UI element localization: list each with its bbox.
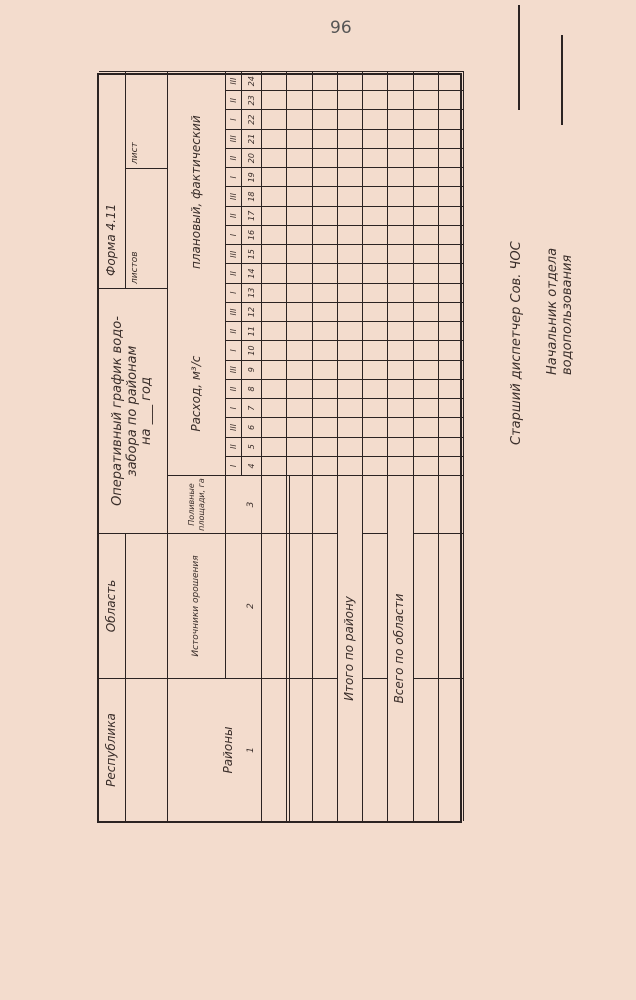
table-cell-flow [363, 225, 388, 244]
area-label: Поливные площади, га [187, 476, 205, 533]
table-cell-flow [262, 90, 287, 109]
table-cell-flow [287, 186, 312, 205]
table-cell-flow [388, 244, 413, 263]
table-cell-flow [363, 148, 388, 167]
table-cell-flow [439, 244, 464, 263]
decade-roman: I [226, 109, 242, 128]
table-cell-flow [439, 360, 464, 379]
table-cell-flow [388, 109, 413, 128]
table-cell-flow [363, 302, 388, 321]
table-cell-flow [338, 148, 363, 167]
table-cell-flow [313, 437, 338, 456]
table-cell-flow [313, 379, 338, 398]
table-cell-flow [287, 71, 312, 90]
table-cell-flow [313, 206, 338, 225]
table-cell-flow [388, 321, 413, 340]
table-cell-flow [439, 340, 464, 359]
head-signature-label-1: Начальник отдела [545, 248, 560, 375]
decade-number: 23 [242, 90, 262, 109]
table-row-area [313, 475, 338, 533]
table-cell-flow [439, 302, 464, 321]
table-cell-flow [439, 206, 464, 225]
decade-number: 21 [242, 129, 262, 148]
table-cell-flow [439, 417, 464, 436]
decade-roman: II [226, 148, 242, 167]
decade-roman: I [226, 340, 242, 359]
table-cell-flow [363, 283, 388, 302]
form-number-cell: Форма 4.11 [99, 71, 126, 288]
table-cell-flow [414, 263, 439, 282]
table-cell-flow [287, 340, 312, 359]
table-cell-flow [439, 437, 464, 456]
table-cell-flow [313, 302, 338, 321]
table-cell-flow [363, 321, 388, 340]
table-cell-flow [363, 340, 388, 359]
table-cell-flow [313, 225, 338, 244]
table-cell-flow [414, 379, 439, 398]
table-cell-flow [414, 417, 439, 436]
decade-roman: I [226, 283, 242, 302]
table-cell-flow [287, 90, 312, 109]
table-cell-flow [262, 71, 287, 90]
table-cell-flow [363, 263, 388, 282]
table-cell-flow [363, 398, 388, 417]
table-cell-flow [338, 71, 363, 90]
decade-number: 7 [242, 398, 262, 417]
table-cell-flow [338, 225, 363, 244]
table-row-area [439, 475, 464, 533]
table-cell-flow [338, 340, 363, 359]
table-cell-flow [388, 340, 413, 359]
table-cell-flow [262, 398, 287, 417]
region-label: Область [105, 580, 119, 633]
decade-number: 22 [242, 109, 262, 128]
decade-number: 16 [242, 225, 262, 244]
decade-roman: III [226, 186, 242, 205]
sources-header: Источники орошения [168, 533, 226, 678]
table-cell-flow [338, 417, 363, 436]
decade-roman: III [226, 417, 242, 436]
table-cell-flow [262, 321, 287, 340]
table-row-district [363, 678, 388, 821]
table-cell-flow [262, 379, 287, 398]
table-row-source [262, 533, 287, 678]
table-cell-flow [313, 148, 338, 167]
table-cell-flow [414, 244, 439, 263]
table-cell-flow [439, 456, 464, 475]
table-cell-flow [338, 398, 363, 417]
table-cell-flow [439, 283, 464, 302]
table-row-district [439, 678, 464, 821]
table-row-source [414, 533, 439, 678]
total-region-row: Всего по области [388, 475, 413, 821]
table-cell-flow [287, 225, 312, 244]
table-cell-flow [313, 167, 338, 186]
table-cell-flow [363, 186, 388, 205]
head-signature-line[interactable] [561, 35, 563, 125]
table-cell-flow [313, 340, 338, 359]
table-cell-flow [363, 417, 388, 436]
decade-number: 14 [242, 263, 262, 282]
table-cell-flow [388, 90, 413, 109]
table-cell-flow [287, 360, 312, 379]
table-cell-flow [313, 417, 338, 436]
table-cell-flow [338, 456, 363, 475]
table-cell-flow [287, 456, 312, 475]
table-cell-flow [287, 398, 312, 417]
table-cell-flow [414, 225, 439, 244]
table-cell-flow [363, 71, 388, 90]
table-row-district [262, 678, 287, 821]
decade-roman: II [226, 379, 242, 398]
table-cell-flow [287, 437, 312, 456]
table-cell-flow [414, 71, 439, 90]
table-cell-flow [338, 167, 363, 186]
table-row-district [287, 678, 312, 821]
table-cell-flow [439, 129, 464, 148]
table-cell-flow [287, 244, 312, 263]
table-cell-flow [287, 148, 312, 167]
table-cell-flow [287, 167, 312, 186]
table-cell-flow [313, 360, 338, 379]
sheet-label: лист [130, 142, 140, 164]
decade-roman: II [226, 90, 242, 109]
decade-number: 17 [242, 206, 262, 225]
table-cell-flow [338, 321, 363, 340]
region-value-cell [126, 533, 168, 678]
decade-number: 6 [242, 417, 262, 436]
decade-number: 24 [242, 71, 262, 90]
table-cell-flow [414, 398, 439, 417]
form-title: Оперативный график водо- забора по район… [99, 288, 168, 533]
table-cell-flow [388, 263, 413, 282]
water-intake-schedule-form: Республика Область Оперативный график во… [97, 73, 462, 823]
table-cell-flow [313, 244, 338, 263]
decade-number: 18 [242, 186, 262, 205]
table-cell-flow [313, 90, 338, 109]
decade-roman: II [226, 206, 242, 225]
table-row-area [262, 475, 287, 533]
table-cell-flow [287, 417, 312, 436]
table-cell-flow [338, 129, 363, 148]
decade-roman: I [226, 167, 242, 186]
table-cell-flow [439, 109, 464, 128]
table-cell-flow [262, 186, 287, 205]
decade-number: 4 [242, 456, 262, 475]
flow-types-label: плановый, фактический [190, 115, 204, 269]
decade-number: 11 [242, 321, 262, 340]
table-row-source [439, 533, 464, 678]
table-cell-flow [439, 379, 464, 398]
table-cell-flow [313, 129, 338, 148]
dispatcher-signature-line[interactable] [518, 5, 520, 110]
table-cell-flow [388, 71, 413, 90]
table-cell-flow [287, 129, 312, 148]
table-cell-flow [287, 206, 312, 225]
table-cell-flow [414, 340, 439, 359]
decade-number: 10 [242, 340, 262, 359]
republic-cell: Республика [99, 678, 126, 821]
table-cell-flow [313, 283, 338, 302]
title-line-2: забора по районам [126, 346, 141, 477]
table-cell-flow [363, 456, 388, 475]
table-cell-flow [363, 129, 388, 148]
decade-roman: II [226, 321, 242, 340]
table-cell-flow [414, 302, 439, 321]
table-row-source [313, 533, 338, 678]
table-cell-flow [414, 167, 439, 186]
column-number-area: 3 [242, 475, 262, 533]
table-cell-flow [414, 206, 439, 225]
table-cell-flow [439, 398, 464, 417]
table-cell-flow [414, 186, 439, 205]
table-cell-flow [363, 360, 388, 379]
table-cell-flow [388, 398, 413, 417]
table-cell-flow [262, 283, 287, 302]
title-line-1: Оперативный график водо- [111, 316, 126, 506]
table-cell-flow [262, 340, 287, 359]
decade-roman: I [226, 456, 242, 475]
table-cell-flow [338, 379, 363, 398]
table-row-district [414, 678, 439, 821]
decade-roman: III [226, 129, 242, 148]
table-cell-flow [388, 456, 413, 475]
table-cell-flow [287, 283, 312, 302]
table-cell-flow [414, 148, 439, 167]
table-cell-flow [262, 456, 287, 475]
flow-header: Расход, м³/с плановый, фактический [168, 71, 226, 475]
decade-number: 19 [242, 167, 262, 186]
decade-number: 9 [242, 360, 262, 379]
table-cell-flow [262, 244, 287, 263]
table-cell-flow [313, 456, 338, 475]
table-cell-flow [338, 90, 363, 109]
table-cell-flow [439, 263, 464, 282]
table-row-source [363, 533, 388, 678]
table-cell-flow [439, 148, 464, 167]
table-cell-flow [414, 456, 439, 475]
table-row-area [287, 475, 312, 533]
table-cell-flow [439, 321, 464, 340]
table-cell-flow [262, 109, 287, 128]
decade-number: 8 [242, 379, 262, 398]
table-cell-flow [414, 129, 439, 148]
sheet-number-cell: лист [126, 71, 168, 168]
form-number: Форма 4.11 [105, 204, 119, 276]
table-cell-flow [388, 302, 413, 321]
page-number: 96 [330, 18, 352, 38]
table-cell-flow [338, 186, 363, 205]
table-cell-flow [414, 321, 439, 340]
sheets-label: листов [130, 251, 140, 284]
table-cell-flow [338, 302, 363, 321]
districts-label: Районы [222, 726, 236, 773]
column-number-districts: 1 [242, 678, 262, 821]
table-cell-flow [262, 225, 287, 244]
table-cell-flow [388, 167, 413, 186]
table-cell-flow [313, 186, 338, 205]
sources-label: Источники орошения [191, 555, 201, 656]
table-cell-flow [287, 263, 312, 282]
table-cell-flow [262, 129, 287, 148]
table-cell-flow [439, 167, 464, 186]
decade-roman: II [226, 263, 242, 282]
table-cell-flow [388, 283, 413, 302]
decade-number: 15 [242, 244, 262, 263]
flow-label: Расход, м³/с [190, 356, 204, 432]
table-cell-flow [338, 263, 363, 282]
table-cell-flow [388, 360, 413, 379]
decade-roman: II [226, 437, 242, 456]
table-cell-flow [338, 109, 363, 128]
table-cell-flow [439, 90, 464, 109]
table-cell-flow [414, 283, 439, 302]
decade-roman: III [226, 302, 242, 321]
decade-roman: III [226, 71, 242, 90]
table-cell-flow [439, 71, 464, 90]
table-cell-flow [439, 186, 464, 205]
table-cell-flow [338, 437, 363, 456]
table-cell-flow [363, 167, 388, 186]
table-cell-flow [262, 302, 287, 321]
table-cell-flow [262, 437, 287, 456]
decade-roman: I [226, 398, 242, 417]
table-cell-flow [414, 360, 439, 379]
republic-label: Республика [105, 713, 119, 787]
table-cell-flow [388, 417, 413, 436]
table-cell-flow [388, 379, 413, 398]
title-line-3: на ___ год [140, 377, 155, 445]
table-cell-flow [262, 417, 287, 436]
table-cell-flow [287, 302, 312, 321]
decade-number: 12 [242, 302, 262, 321]
table-cell-flow [262, 148, 287, 167]
table-cell-flow [313, 109, 338, 128]
table-cell-flow [388, 206, 413, 225]
table-cell-flow [414, 109, 439, 128]
table-cell-flow [287, 379, 312, 398]
table-cell-flow [338, 244, 363, 263]
table-cell-flow [313, 321, 338, 340]
table-cell-flow [287, 321, 312, 340]
table-cell-flow [313, 263, 338, 282]
table-cell-flow [363, 379, 388, 398]
decade-roman: I [226, 225, 242, 244]
decade-number: 13 [242, 283, 262, 302]
table-cell-flow [388, 437, 413, 456]
table-cell-flow [414, 90, 439, 109]
total-district-row: Итого по району [338, 475, 363, 821]
table-cell-flow [262, 360, 287, 379]
table-cell-flow [414, 437, 439, 456]
decade-roman: III [226, 244, 242, 263]
table-cell-flow [338, 206, 363, 225]
table-cell-flow [363, 206, 388, 225]
decade-number: 5 [242, 437, 262, 456]
table-cell-flow [338, 360, 363, 379]
table-cell-flow [338, 283, 363, 302]
table-cell-flow [388, 148, 413, 167]
table-cell-flow [313, 398, 338, 417]
table-cell-flow [287, 109, 312, 128]
dispatcher-signature-label: Старший диспетчер Сов. ЧОС [509, 241, 524, 445]
table-cell-flow [388, 186, 413, 205]
table-row-area [414, 475, 439, 533]
area-header: Поливные площади, га [168, 475, 226, 533]
table-cell-flow [262, 206, 287, 225]
republic-value-cell [126, 678, 168, 821]
table-cell-flow [262, 167, 287, 186]
decade-number: 20 [242, 148, 262, 167]
table-cell-flow [388, 129, 413, 148]
head-signature-label-2: водопользования [560, 255, 575, 375]
region-cell: Область [99, 533, 126, 678]
sheets-count-cell: листов [126, 168, 168, 288]
table-cell-flow [363, 109, 388, 128]
table-cell-flow [262, 263, 287, 282]
table-cell-flow [313, 71, 338, 90]
decade-roman: III [226, 360, 242, 379]
table-row-source [287, 533, 312, 678]
table-cell-flow [439, 225, 464, 244]
table-cell-flow [363, 437, 388, 456]
table-cell-flow [363, 244, 388, 263]
column-number-sources: 2 [242, 533, 262, 678]
table-row-area [363, 475, 388, 533]
table-cell-flow [363, 90, 388, 109]
table-row-district [313, 678, 338, 821]
table-cell-flow [388, 225, 413, 244]
